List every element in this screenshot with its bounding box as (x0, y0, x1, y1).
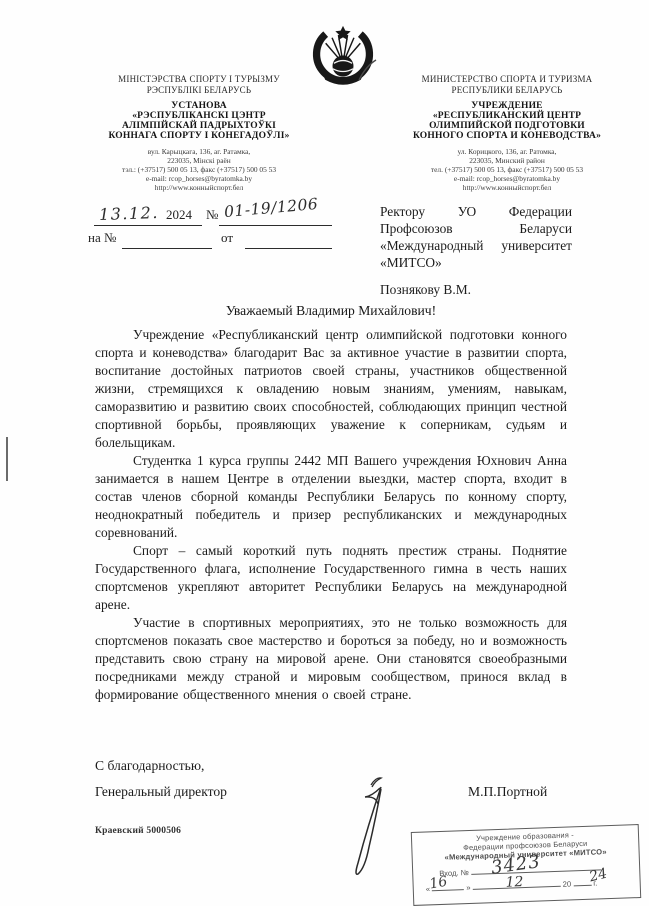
stamp-date-row: « » 20 г. 16 12 24 (414, 875, 640, 894)
ministry-name-by: МІНІСТЭРСТВА СПОРТУ І ТУРЫЗМУ (118, 74, 280, 85)
salutation: Уважаемый Владимир Михайлович! (95, 303, 567, 319)
stamp-quote: » (466, 883, 471, 892)
signer-position: Генеральный директор (95, 784, 227, 800)
address-line: 223035, Мінскі раён (167, 156, 230, 165)
signature (335, 775, 395, 880)
header-left-belarusian: МІНІСТЭРСТВА СПОРТУ І ТУРЫЗМУ РЭСПУБЛІКІ… (58, 74, 340, 192)
paragraph-2: Студентка 1 курса группы 2442 МП Вашего … (95, 452, 567, 542)
na-number-underline (122, 247, 212, 249)
number-sign: № (206, 207, 218, 223)
addressee-organization: Ректору УО Федерации Профсоюзов Беларуси… (380, 203, 572, 271)
organization-name-by: УСТАНОВА «РЭСПУБЛІКАНСКІ ЦЭНТР АЛІМПІЙСК… (108, 101, 289, 141)
printed-year: 2024 (166, 207, 192, 223)
handwritten-date: 13.12. (99, 203, 160, 224)
date-underline (94, 224, 202, 226)
with-gratitude-line: С благодарностью, (95, 758, 204, 774)
number-underline (219, 224, 332, 226)
handwritten-doc-number: 01-19/1206 (223, 195, 319, 221)
executor-line: Краевский 5000506 (95, 826, 181, 836)
email-line: e-mail: rcop_horses@byratomka.by (146, 174, 252, 183)
paragraph-4: Участие в спортивных мероприятиях, это н… (95, 614, 567, 704)
phone-line: тел. (+37517) 500 05 13, факс (+37517) 5… (431, 165, 583, 174)
paragraph-3: Спорт – самый короткий путь поднять прес… (95, 542, 567, 614)
stamp-handwritten-year: 24 (588, 866, 609, 886)
ministry-name-ru: РЕСПУБЛИКИ БЕЛАРУСЬ (452, 85, 563, 96)
document-page: МІНІСТЭРСТВА СПОРТУ І ТУРЫЗМУ РЭСПУБЛІКІ… (0, 0, 649, 906)
stamp-century: 20 (563, 880, 572, 889)
ot-underline (245, 247, 332, 249)
paragraph-1: Учреждение «Республиканский центр олимпи… (95, 326, 567, 452)
ot-label: от (221, 230, 233, 246)
email-line: e-mail: rcop_horses@byratomka.by (454, 174, 560, 183)
addressee-name: Познякову В.М. (380, 282, 572, 298)
stamp-handwritten-month: 12 (505, 874, 523, 891)
stamp-year-underline (573, 877, 591, 887)
na-number-label: на № (88, 230, 116, 246)
signer-name: М.П.Портной (468, 784, 547, 800)
address-line: 223035, Минский район (469, 156, 545, 165)
scan-artifact-line (6, 437, 8, 481)
phone-line: тэл.: (+37517) 500 05 13, факс (+37517) … (122, 165, 276, 174)
website-line: http://www.конныйспорт.бел (155, 183, 243, 192)
incoming-stamp: Учреждение образования - Федерации профс… (411, 824, 641, 906)
letter-body: Учреждение «Республиканский центр олимпи… (95, 326, 567, 704)
addressee-block: Ректору УО Федерации Профсоюзов Беларуси… (380, 203, 572, 298)
organization-name-ru: УЧРЕЖДЕНИЕ «РЕСПУБЛИКАНСКИЙ ЦЕНТР ОЛИМПИ… (413, 101, 601, 141)
header-right-russian: МИНИСТЕРСТВО СПОРТА И ТУРИЗМА РЕСПУБЛИКИ… (372, 74, 642, 192)
website-line: http://www.конныйспорт.бел (463, 183, 551, 192)
address-line: вул. Карыцкага, 136, аг. Ратамка, (148, 147, 251, 156)
ministry-name-by: РЭСПУБЛІКІ БЕЛАРУСЬ (147, 85, 251, 96)
ministry-name-ru: МИНИСТЕРСТВО СПОРТА И ТУРИЗМА (422, 74, 593, 85)
address-line: ул. Корицкого, 136, аг. Ратомка, (458, 147, 557, 156)
